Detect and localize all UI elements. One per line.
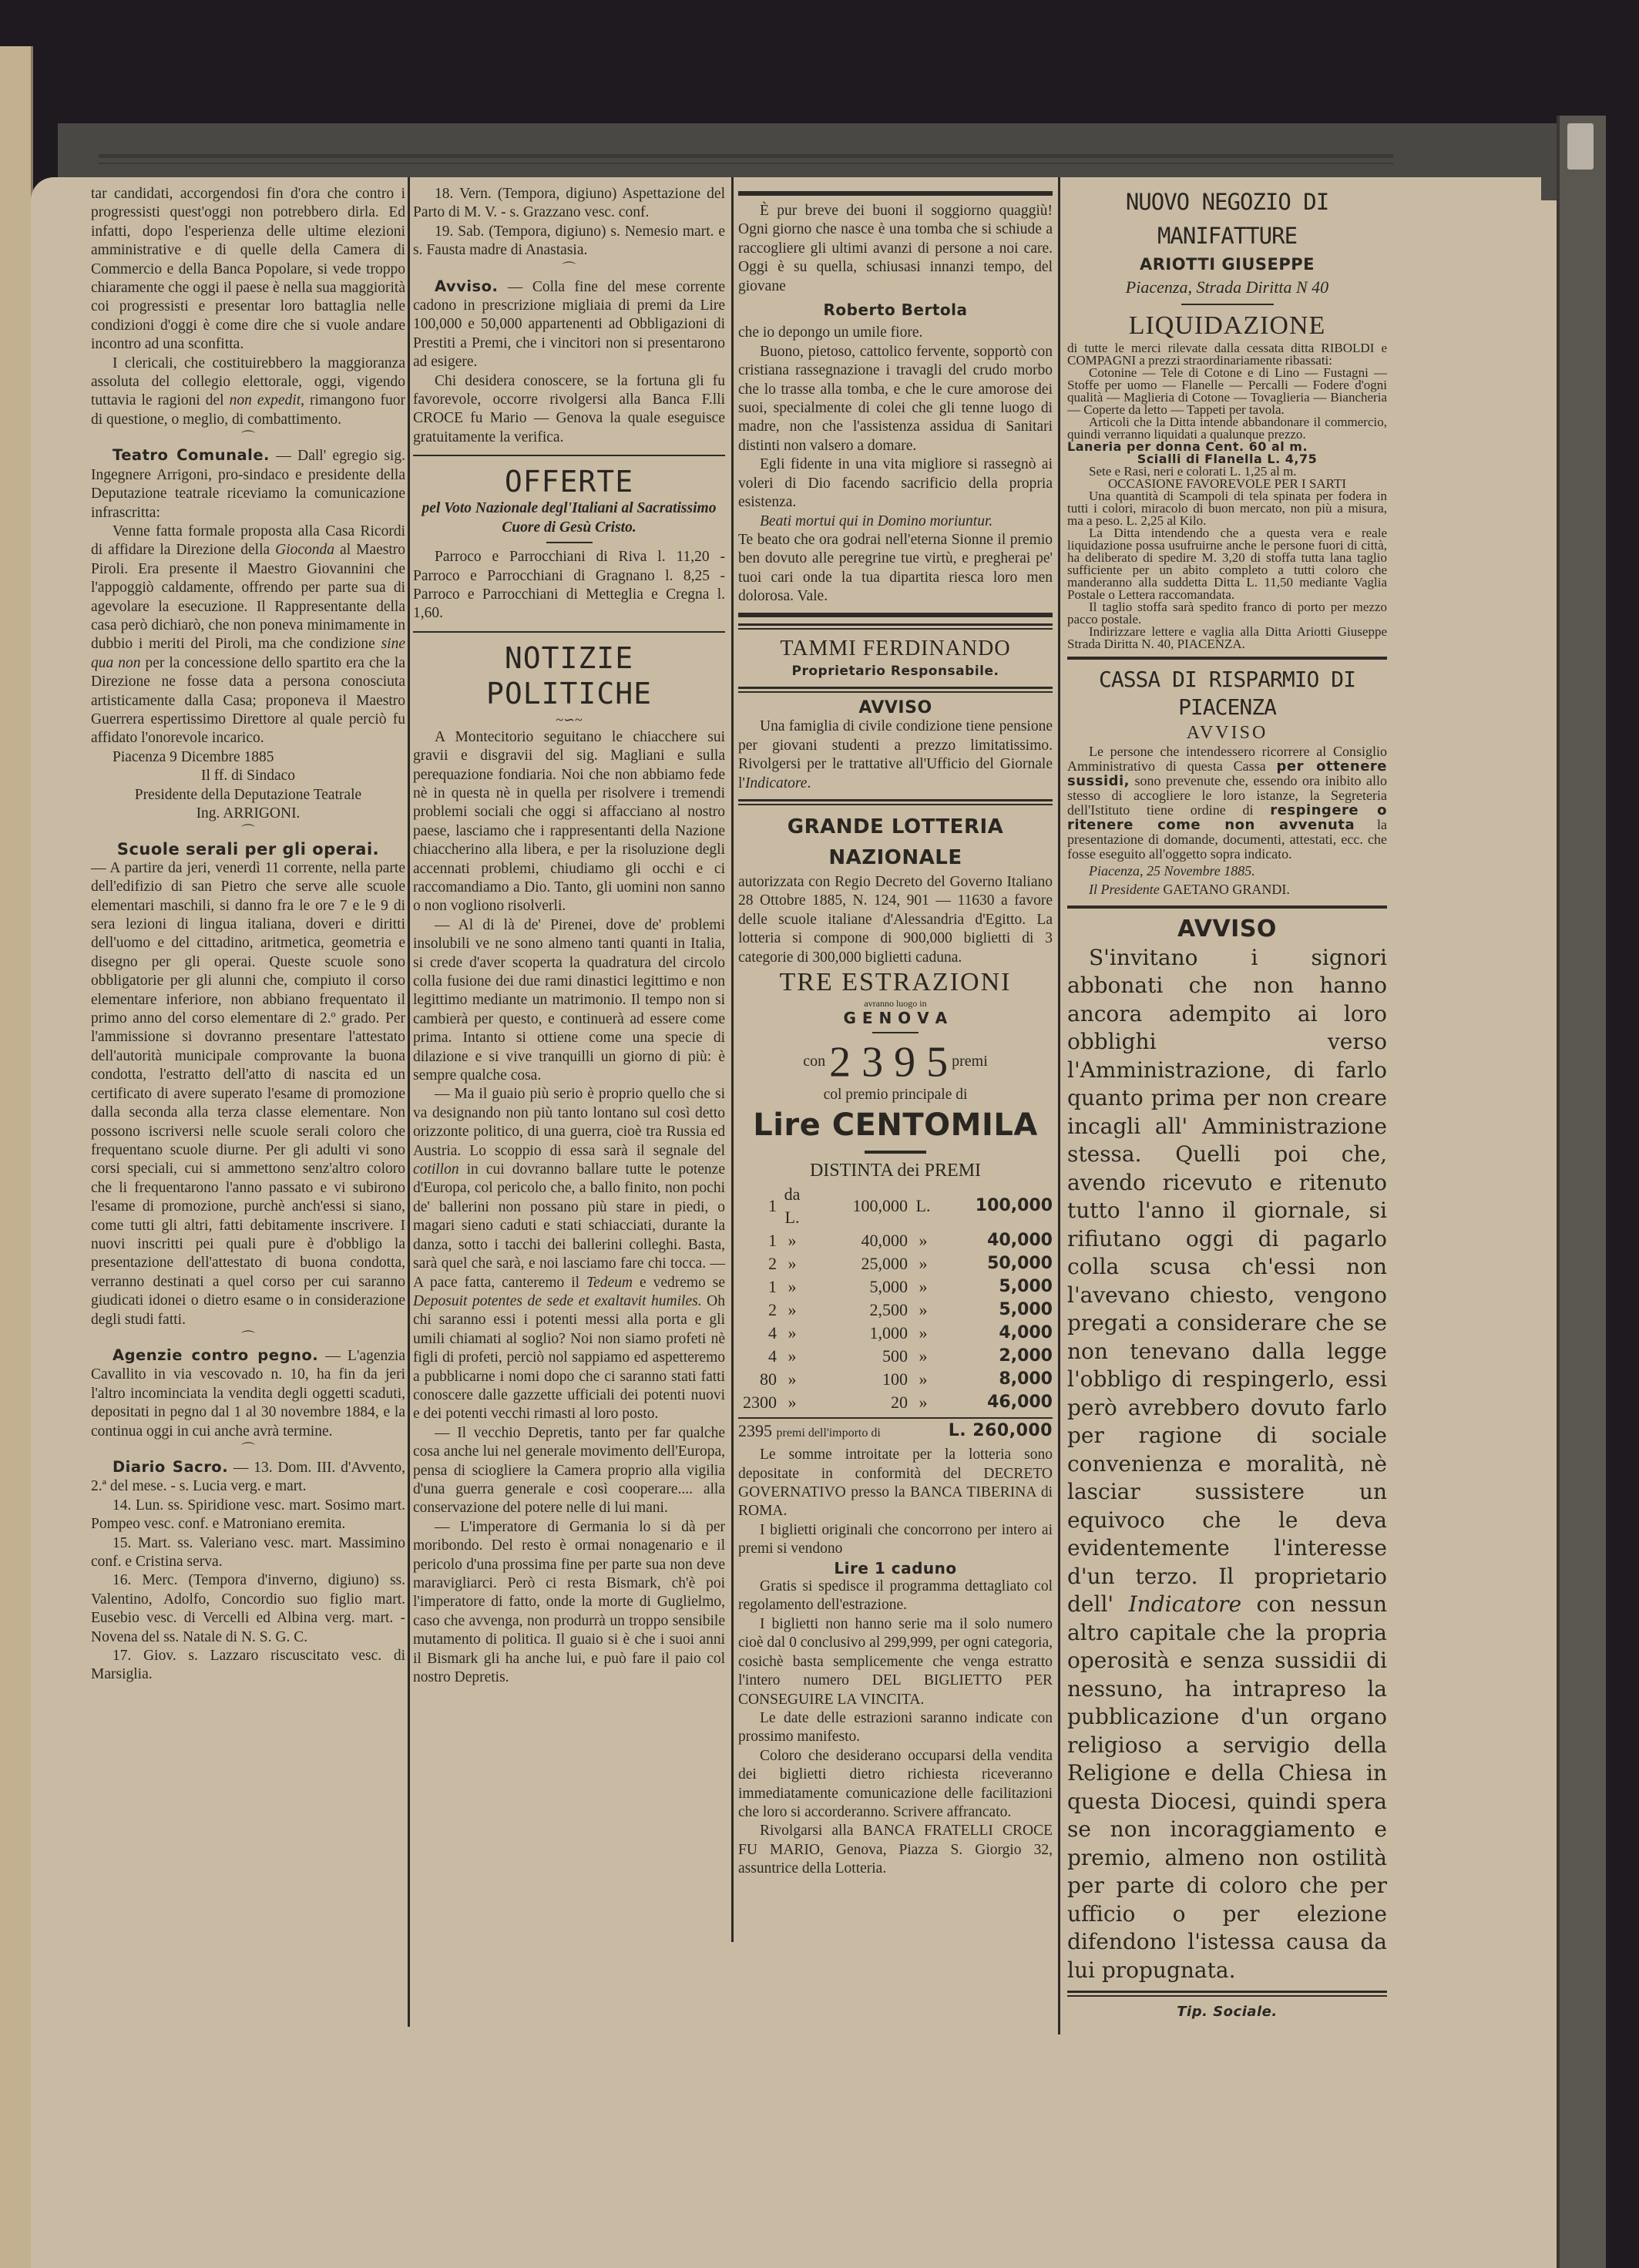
- notizie-paragraph: — Al di là de' Pirenei, dove de' problem…: [413, 916, 725, 1086]
- bookmark-tab: [1567, 123, 1594, 170]
- avviso-pensione-body: Una famiglia di civile condizione tiene …: [738, 717, 1053, 793]
- cassa-avviso-heading: AVVISO: [1067, 721, 1387, 744]
- column-4: NUOVO NEGOZIO DI MANIFATTURE ARIOTTI GIU…: [1067, 185, 1387, 2022]
- notizie-paragraph: A Montecitorio seguitano le chiacchere s…: [413, 728, 725, 916]
- lotteria-intro: autorizzata con Regio Decreto del Govern…: [738, 873, 1053, 967]
- liquidazione-body: di tutte le merci rilevate dalla cessata…: [1067, 342, 1387, 650]
- section-rule: [1067, 657, 1387, 660]
- cassa-body: Le persone che intendessero ricorrere al…: [1067, 744, 1387, 862]
- negozio-address: Piacenza, Strada Diritta N 40: [1067, 276, 1387, 299]
- article-agenzie: Agenzie contro pegno. — L'agenzia Cavall…: [91, 1346, 405, 1441]
- agenzie-heading: Agenzie contro pegno.: [113, 1346, 318, 1364]
- short-rule: [1181, 304, 1274, 305]
- diario-item: 19. Sab. (Tempora, digiuno) s. Nemesio m…: [413, 223, 725, 260]
- cassa-date: Piacenza, 25 Novembre 1885.: [1067, 862, 1387, 880]
- lotteria-paragraph: I biglietti non hanno serie ma il solo n…: [738, 1615, 1053, 1709]
- ornament-icon: ⌒: [91, 1441, 405, 1458]
- liquidazione-heading: LIQUIDAZIONE: [1067, 310, 1387, 342]
- ornament-icon: ⌒: [91, 823, 405, 840]
- flourish-icon: ~∽~: [413, 711, 725, 728]
- teatro-signature-1: Il ff. di Sindaco: [91, 767, 405, 785]
- book-cover-edge: [1557, 116, 1606, 2268]
- genova-label: G E N O V A: [738, 1009, 1053, 1027]
- prize-total-value: L. 260,000: [949, 1419, 1053, 1443]
- section-rule: [738, 687, 1053, 693]
- section-rule: [1067, 906, 1387, 909]
- distinta-heading: DISTINTA dei PREMI: [738, 1158, 1053, 1183]
- diario-item: 14. Lun. ss. Spiridione vesc. mart. Sosi…: [91, 1497, 405, 1534]
- section-rule: [413, 631, 725, 633]
- diario-item: 16. Merc. (Tempora d'inverno, digiuno) s…: [91, 1571, 405, 1647]
- lire-caduno: Lire 1 caduno: [738, 1559, 1053, 1578]
- avviso-abbonati-heading: AVVISO: [1067, 915, 1387, 944]
- teatro-date: Piacenza 9 Dicembre 1885: [91, 748, 405, 767]
- prize-count: 2 3 9 5: [829, 1039, 948, 1087]
- obituary-name: Roberto Bertola: [738, 301, 1053, 319]
- short-rule: [872, 1032, 919, 1033]
- column-divider-2: [731, 177, 734, 1942]
- ornament-icon: ⌒: [91, 1329, 405, 1346]
- article-avviso-premi-2: Chi desidera conoscere, se la fortuna gl…: [413, 372, 725, 448]
- table-row: 1da L.100,000L.100,000: [738, 1183, 1053, 1229]
- notizie-paragraph: — L'imperatore di Germania lo si dà per …: [413, 1518, 725, 1688]
- section-rule: [413, 455, 725, 456]
- diario-item: 17. Giov. s. Lazzaro riscuscitato vesc. …: [91, 1647, 405, 1685]
- teatro-signature-2: Presidente della Deputazione Teatrale: [91, 786, 405, 805]
- table-row: 1»5,000»5,000: [738, 1275, 1053, 1299]
- avranno-luogo: avranno luogo in: [738, 998, 1053, 1009]
- prize-total-row: 2395 premi dell'importo di L. 260,000: [738, 1417, 1053, 1446]
- obituary-paragraph: Buono, pietoso, cattolico fervente, sopp…: [738, 343, 1053, 455]
- header-double-rule: [99, 154, 1393, 164]
- owner-name: TAMMI FERDINANDO: [738, 636, 1053, 662]
- article-teatro: Teatro Comunale. — Dall' egregio sig. In…: [91, 446, 405, 522]
- table-row: 4»1,000»4,000: [738, 1322, 1053, 1345]
- short-rule: [865, 1151, 926, 1154]
- cassa-signature: Il Presidente GAETANO GRANDI.: [1067, 880, 1387, 899]
- lotteria-paragraph: Le date delle estrazioni saranno indicat…: [738, 1709, 1053, 1747]
- lotteria-paragraph: Coloro che desiderano occuparsi della ve…: [738, 1747, 1053, 1823]
- offerte-heading: OFFERTE: [413, 464, 725, 499]
- teatro-signature-3: Ing. ARRIGONI.: [91, 805, 405, 823]
- obituary-paragraph: È pur breve dei buoni il soggiorno quagg…: [738, 202, 1053, 296]
- notizie-paragraph: — Il vecchio Depretis, tanto per far qua…: [413, 1424, 725, 1518]
- lotteria-paragraph: Gratis si spedisce il programma dettagli…: [738, 1578, 1053, 1615]
- diario-item: 15. Mart. ss. Valeriano vesc. mart. Mass…: [91, 1534, 405, 1572]
- table-row: 1»40,000»40,000: [738, 1229, 1053, 1252]
- table-row: 80»100»8,000: [738, 1368, 1053, 1391]
- obituary-rule: [738, 191, 1053, 196]
- article-avviso-premi: Avviso. — Colla fine del mese corrente c…: [413, 277, 725, 372]
- column-divider-1: [408, 177, 410, 2027]
- notizie-paragraph: — Ma il guaio più serio è proprio quello…: [413, 1085, 725, 1423]
- column-3: È pur breve dei buoni il soggiorno quagg…: [738, 185, 1053, 1879]
- adjacent-page-edge: [0, 46, 33, 2268]
- section-rule: [1067, 1991, 1387, 1997]
- avviso-abbonati-body: S'invitano i signori abbonati che non ha…: [1067, 944, 1387, 1985]
- diario-heading: Diario Sacro.: [113, 1458, 228, 1476]
- short-rule: [546, 542, 593, 543]
- article-teatro-body: Venne fatta formale proposta alla Casa R…: [91, 522, 405, 748]
- diario-item: 18. Vern. (Tempora, digiuno) Aspettazion…: [413, 185, 725, 223]
- avviso-pensione-heading: AVVISO: [738, 699, 1053, 717]
- scuole-heading: Scuole serali per gli operai.: [91, 840, 405, 858]
- lotteria-paragraph: Rivolgarsi alla BANCA FRATELLI CROCE FU …: [738, 1822, 1053, 1878]
- obituary-latin: Beati mortui qui in Domino moriuntur.: [738, 512, 1053, 531]
- obituary-paragraph: Te beato che ora godrai nell'eterna Sion…: [738, 531, 1053, 606]
- article-elections: tar candidati, accorgendosi fin d'ora ch…: [91, 185, 405, 354]
- teatro-heading: Teatro Comunale.: [113, 446, 270, 464]
- printer-credit: Tip. Sociale.: [1067, 2003, 1387, 2021]
- offerte-subheading: pel Voto Nazionale degl'Italiani al Sacr…: [413, 499, 725, 537]
- prize-table: 1da L.100,000L.100,000 1»40,000»40,000 2…: [738, 1183, 1053, 1414]
- lotteria-paragraph: Le somme introitate per la lotteria sono…: [738, 1446, 1053, 1521]
- notizie-heading: NOTIZIE POLITICHE: [413, 640, 725, 711]
- obituary-paragraph: Egli fidente in una vita migliore si ras…: [738, 455, 1053, 512]
- section-rule: [738, 613, 1053, 617]
- column-divider-3: [1058, 177, 1060, 2034]
- lotteria-heading: GRANDE LOTTERIA NAZIONALE: [738, 811, 1053, 873]
- owner-role: Proprietario Responsabile.: [738, 662, 1053, 680]
- tre-estrazioni: TRE ESTRAZIONI: [738, 967, 1053, 998]
- column-2: 18. Vern. (Tempora, digiuno) Aspettazion…: [413, 185, 725, 1687]
- negozio-heading: NUOVO NEGOZIO DI MANIFATTURE: [1067, 185, 1387, 253]
- cassa-heading: CASSA DI RISPARMIO DI PIACENZA: [1067, 666, 1387, 721]
- premio-principale: col premio principale di: [738, 1086, 1053, 1104]
- prize-count-line: con 2 3 9 5 premi: [738, 1038, 1053, 1085]
- column-1: tar candidati, accorgendosi fin d'ora ch…: [91, 185, 405, 1685]
- ornament-icon: ⌒: [91, 429, 405, 446]
- article-scuole: — A partire da jeri, venerdì 11 corrente…: [91, 859, 405, 1329]
- table-row: 2»25,000»50,000: [738, 1252, 1053, 1275]
- article-elections-cont: I clericali, che costituirebbero la magg…: [91, 354, 405, 430]
- section-rule: [738, 799, 1053, 805]
- avviso-heading: Avviso.: [435, 277, 498, 295]
- article-diario: Diario Sacro. — 13. Dom. III. d'Avvento,…: [91, 1458, 405, 1497]
- ornament-icon: ⌒: [413, 260, 725, 277]
- offerte-list: Parroco e Parrocchiani di Riva l. 11,20 …: [413, 548, 725, 623]
- lotteria-paragraph: I biglietti originali che concorrono per…: [738, 1521, 1053, 1559]
- section-rule: [738, 623, 1053, 630]
- table-row: 2»2,500»5,000: [738, 1299, 1053, 1322]
- table-row: 4»500»2,000: [738, 1345, 1053, 1368]
- negozio-owner: ARIOTTI GIUSEPPE: [1067, 253, 1387, 276]
- table-row: 2300»20»46,000: [738, 1391, 1053, 1414]
- lire-centomila: Lire CENTOMILA: [738, 1104, 1053, 1146]
- obituary-paragraph: che io depongo un umile fiore.: [738, 324, 1053, 342]
